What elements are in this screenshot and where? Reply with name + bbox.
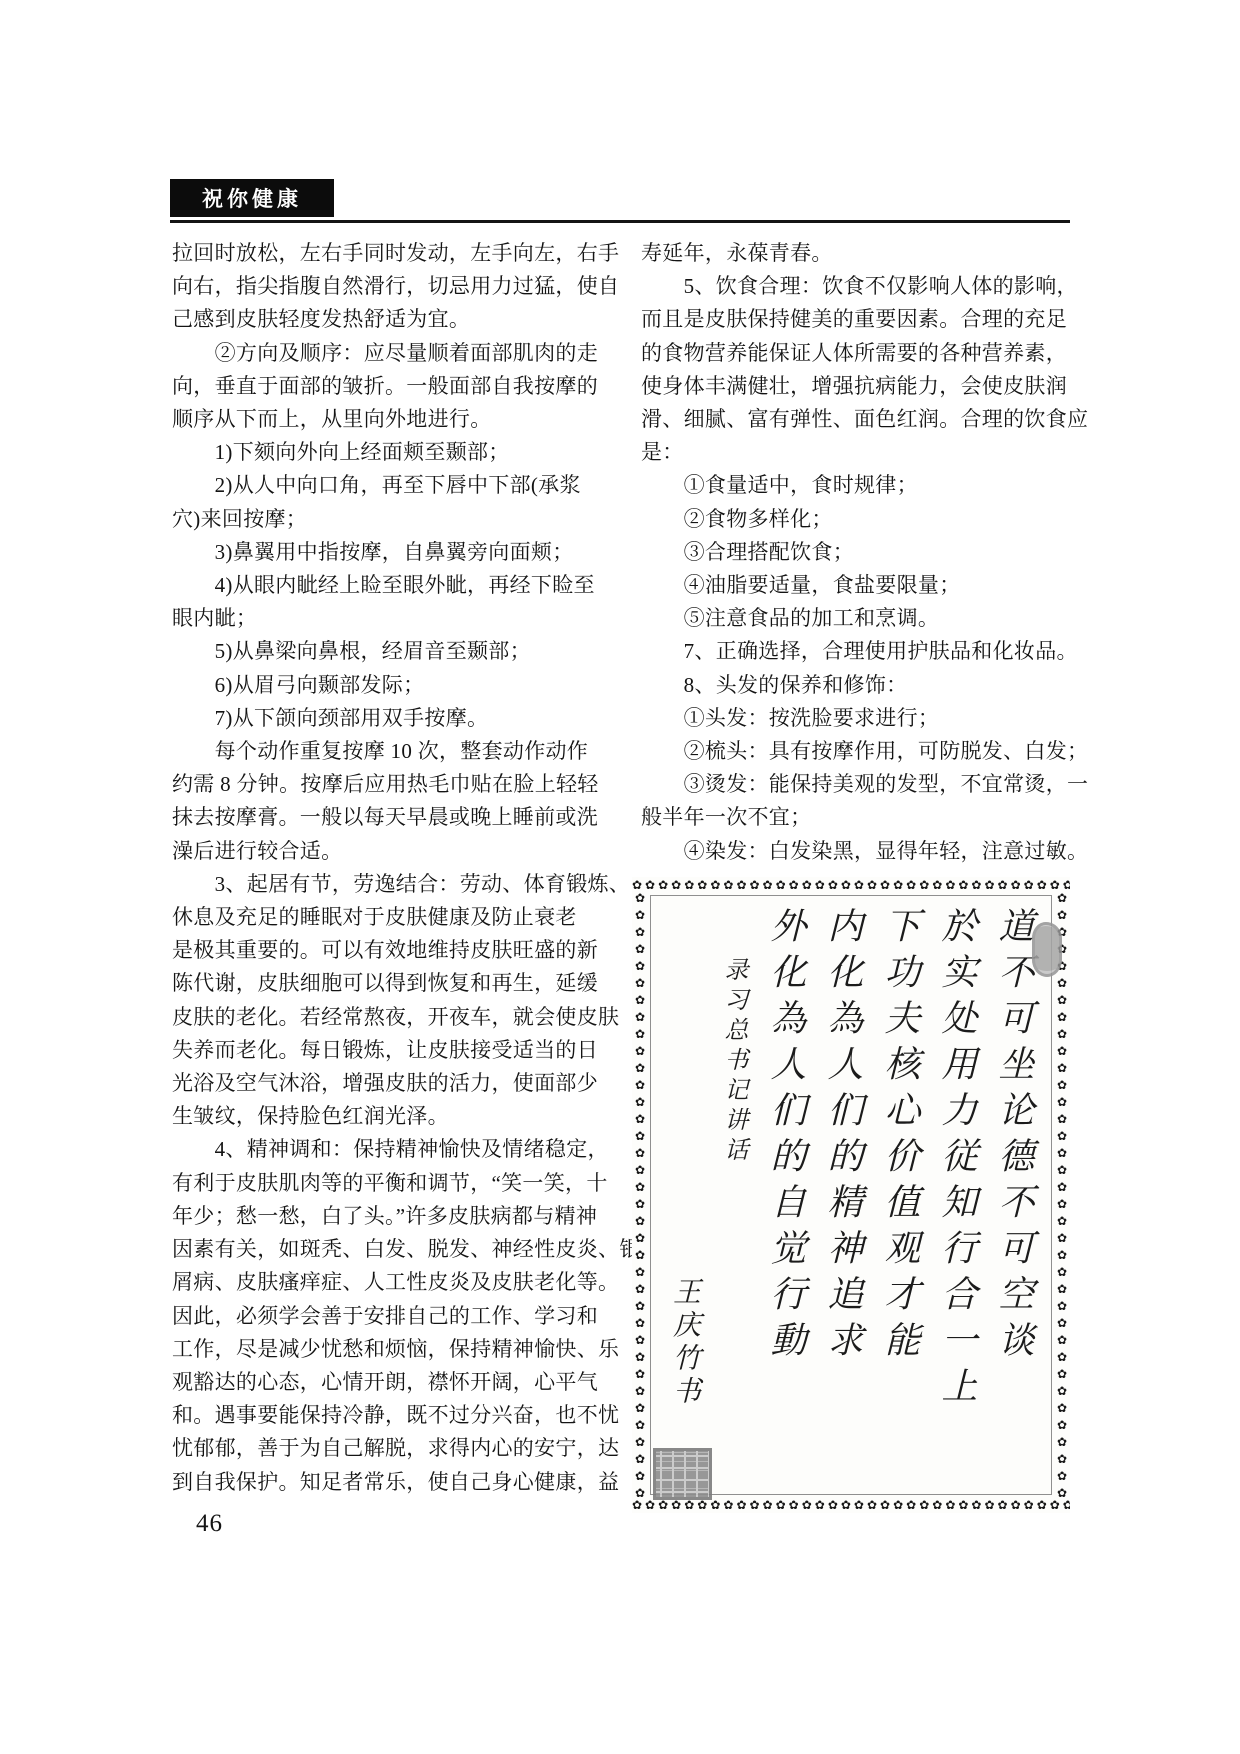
text-line: 忧郁郁，善于为自己解脱，求得内心的安宁，达 xyxy=(172,1432,608,1465)
text-line: 光浴及空气沐浴，增强皮肤的活力，使面部少 xyxy=(172,1067,608,1100)
text-line: 4、精神调和：保持精神愉快及情绪稳定， xyxy=(172,1133,608,1166)
square-seal-stamp-icon xyxy=(653,1448,712,1500)
text-line: 皮肤的老化。若经常熬夜，开夜车，就会使皮肤 xyxy=(172,1001,608,1034)
text-line: 5、饮食合理：饮食不仅影响人体的影响， xyxy=(641,270,1071,303)
text-line: 是极其重要的。可以有效地维持皮肤旺盛的新 xyxy=(172,934,608,967)
text-line: 观豁达的心态，心情开朗，襟怀开阔，心平气 xyxy=(172,1366,608,1399)
text-line: 抹去按摩膏。一般以每天早晨或晚上睡前或洗 xyxy=(172,801,608,834)
calligraphy-column: 外化為人们的自觉行動 xyxy=(757,907,814,1483)
oval-seal-stamp-icon xyxy=(1032,922,1062,977)
calligraphy-column: 录习总书记讲话 xyxy=(711,907,757,1483)
magazine-page: 祝你健康 拉回时放松，左右手同时发动，左手向左，右手向右，指尖指腹自然滑行，切忌… xyxy=(0,0,1240,1754)
ornamental-border-right: ✿✿✿✿✿✿✿✿✿✿✿✿✿✿✿✿✿✿✿✿✿✿✿✿✿✿✿✿✿✿✿✿✿✿✿✿✿✿✿✿… xyxy=(1054,891,1070,1499)
text-line: 向，垂直于面部的皱折。一般面部自我按摩的 xyxy=(172,370,608,403)
right-text-column: 寿延年，永葆青春。 5、饮食合理：饮食不仅影响人体的影响，而且是皮肤保持健美的重… xyxy=(641,237,1071,868)
text-line: 使身体丰满健壮，增强抗病能力，会使皮肤润 xyxy=(641,370,1071,403)
text-line: 7)从下颌向颈部用双手按摩。 xyxy=(172,702,608,735)
calligraphy-column: 道不可坐论德不可空谈 xyxy=(985,907,1042,1483)
calligraphy-column: 下功夫核心价值观才能 xyxy=(871,907,928,1483)
text-line: 滑、细腻、富有弹性、面色红润。合理的饮食应 xyxy=(641,403,1071,436)
text-line: 失养而老化。每日锻炼，让皮肤接受适当的日 xyxy=(172,1034,608,1067)
text-line: 而且是皮肤保持健美的重要因素。合理的充足 xyxy=(641,303,1071,336)
text-line: 因素有关，如斑秃、白发、脱发、神经性皮炎、银 xyxy=(172,1233,608,1266)
text-line: 约需 8 分钟。按摩后应用热毛巾贴在脸上轻轻 xyxy=(172,768,608,801)
text-line: 和。遇事要能保持冷静，既不过分兴奋，也不忧 xyxy=(172,1399,608,1432)
text-line: 因此，必须学会善于安排自己的工作、学习和 xyxy=(172,1300,608,1333)
text-line: ②方向及顺序：应尽量顺着面部肌肉的走 xyxy=(172,337,608,370)
text-line: 是： xyxy=(641,436,1071,469)
text-line: 4)从眼内眦经上睑至眼外眦，再经下睑至 xyxy=(172,569,608,602)
ornamental-border-top: ✿✿✿✿✿✿✿✿✿✿✿✿✿✿✿✿✿✿✿✿✿✿✿✿✿✿✿✿✿✿✿✿✿✿✿✿✿✿✿✿… xyxy=(632,877,1070,893)
text-line: 8、头发的保养和修饰： xyxy=(641,669,1071,702)
text-line: ③合理搭配饮食； xyxy=(641,536,1071,569)
text-line: ④油脂要适量，食盐要限量； xyxy=(641,569,1071,602)
text-line: 陈代谢，皮肤细胞可以得到恢复和再生，延缓 xyxy=(172,967,608,1000)
text-line: 6)从眉弓向颞部发际； xyxy=(172,669,608,702)
text-line: ②食物多样化； xyxy=(641,503,1071,536)
text-line: 眼内眦； xyxy=(172,602,608,635)
text-line: ②梳头：具有按摩作用，可防脱发、白发； xyxy=(641,735,1071,768)
text-line: 寿延年，永葆青春。 xyxy=(641,237,1071,270)
text-line: 3、起居有节，劳逸结合：劳动、体育锻炼、 xyxy=(172,868,608,901)
text-line: 每个动作重复按摩 10 次，整套动作动作 xyxy=(172,735,608,768)
text-line: ④染发：白发染黑，显得年轻，注意过敏。 xyxy=(641,835,1071,868)
section-title: 祝你健康 xyxy=(202,183,302,213)
text-line: 澡后进行较合适。 xyxy=(172,835,608,868)
text-line: ③烫发：能保持美观的发型，不宜常烫，一 xyxy=(641,768,1071,801)
text-line: 顺序从下而上，从里向外地进行。 xyxy=(172,403,608,436)
text-line: 己感到皮肤轻度发热舒适为宜。 xyxy=(172,303,608,336)
calligraphy-column: 王庆竹书 xyxy=(659,907,711,1483)
text-line: 年少；愁一愁，白了头。”许多皮肤病都与精神 xyxy=(172,1200,608,1233)
text-line: 休息及充足的睡眠对于皮肤健康及防止衰老 xyxy=(172,901,608,934)
text-line: 3)鼻翼用中指按摩，自鼻翼旁向面颊； xyxy=(172,536,608,569)
text-line: 屑病、皮肤瘙痒症、人工性皮炎及皮肤老化等。 xyxy=(172,1266,608,1299)
text-line: 般半年一次不宜； xyxy=(641,801,1071,834)
calligraphy-panel: ✿✿✿✿✿✿✿✿✿✿✿✿✿✿✿✿✿✿✿✿✿✿✿✿✿✿✿✿✿✿✿✿✿✿✿✿✿✿✿✿… xyxy=(632,877,1070,1513)
text-line: 工作，尽是减少忧愁和烦恼，保持精神愉快、乐 xyxy=(172,1333,608,1366)
text-line: 有利于皮肤肌肉等的平衡和调节，“笑一笑，十 xyxy=(172,1167,608,1200)
text-line: ①头发：按洗脸要求进行； xyxy=(641,702,1071,735)
header-divider-line xyxy=(170,220,1070,223)
text-line: 1)下颏向外向上经面颊至颞部； xyxy=(172,436,608,469)
section-header-banner: 祝你健康 xyxy=(170,179,334,217)
left-text-column: 拉回时放松，左右手同时发动，左手向左，右手向右，指尖指腹自然滑行，切忌用力过猛，… xyxy=(172,237,608,1499)
calligraphy-column: 内化為人们的精神追求 xyxy=(814,907,871,1483)
ornamental-border-left: ✿✿✿✿✿✿✿✿✿✿✿✿✿✿✿✿✿✿✿✿✿✿✿✿✿✿✿✿✿✿✿✿✿✿✿✿✿✿✿✿… xyxy=(632,891,648,1499)
page-number: 46 xyxy=(196,1510,223,1538)
text-line: 到自我保护。知足者常乐，使自己身心健康，益 xyxy=(172,1466,608,1499)
text-line: 的食物营养能保证人体所需要的各种营养素， xyxy=(641,337,1071,370)
text-line: 生皱纹，保持脸色红润光泽。 xyxy=(172,1100,608,1133)
text-line: 向右，指尖指腹自然滑行，切忌用力过猛，使自 xyxy=(172,270,608,303)
text-line: 2)从人中向口角，再至下唇中下部(承浆 xyxy=(172,469,608,502)
text-line: ①食量适中，食时规律； xyxy=(641,469,1071,502)
text-line: 拉回时放松，左右手同时发动，左手向左，右手 xyxy=(172,237,608,270)
text-line: 7、正确选择，合理使用护肤品和化妆品。 xyxy=(641,635,1071,668)
text-line: 5)从鼻梁向鼻根，经眉音至颞部； xyxy=(172,635,608,668)
calligraphy-text: 道不可坐论德不可空谈於实处用力従知行合一上下功夫核心价值观才能内化為人们的精神追… xyxy=(656,901,1046,1489)
calligraphy-column: 於实处用力従知行合一上 xyxy=(928,907,985,1483)
text-line: ⑤注意食品的加工和烹调。 xyxy=(641,602,1071,635)
text-line: 穴)来回按摩； xyxy=(172,503,608,536)
